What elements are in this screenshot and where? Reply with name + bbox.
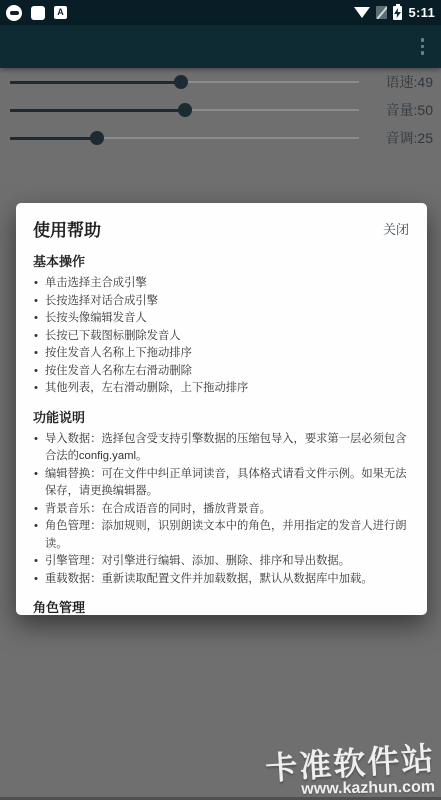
close-button[interactable]: 关闭 [381, 215, 411, 242]
status-bar-clock: 5:11 [408, 5, 435, 20]
volume-label: 音量:50 [371, 100, 433, 120]
status-bar: A 5:11 [0, 0, 441, 25]
slider-thumb[interactable] [90, 131, 104, 145]
phone-screen: A 5:11 语速:49 [0, 0, 441, 800]
dialog-header: 使用帮助 关闭 [33, 215, 411, 242]
watermark: 卡准软件站 www.kazhun.com [265, 733, 439, 798]
section-heading: 基本操作 [33, 251, 411, 270]
watermark-site-name: 卡准软件站 [264, 733, 440, 790]
slider-row-volume: 音量:50 [0, 96, 441, 124]
tts-settings-panel: 语速:49 音量:50 音调:25 [0, 68, 441, 152]
section-role-management: 角色管理 前向匹配：匹配对话前的文本。 [33, 597, 411, 615]
speech-rate-label: 语速:49 [371, 72, 433, 92]
section-heading: 角色管理 [33, 597, 411, 615]
list-item: 长按选择对话合成引擎 [33, 293, 411, 311]
slider-row-pitch: 音调:25 [0, 124, 441, 152]
basic-operations-list: 单击选择主合成引擎 长按选择对话合成引擎 长按头像编辑发音人 长按已下载图标删除… [33, 275, 411, 398]
slider-thumb[interactable] [174, 75, 188, 89]
pitch-slider[interactable] [10, 130, 359, 146]
blank-square-notification-icon [31, 6, 45, 20]
list-item: 角色管理：添加规则，识别朗读文本中的角色，并用指定的发音人进行朗读。 [33, 518, 411, 553]
speech-rate-slider[interactable] [10, 74, 359, 90]
volume-slider[interactable] [10, 102, 359, 118]
help-dialog: 使用帮助 关闭 基本操作 单击选择主合成引擎 长按选择对话合成引擎 长按头像编辑… [16, 203, 427, 615]
status-bar-notification-icons: A [6, 5, 67, 21]
feature-description-list: 导入数据：选择包含受支持引擎数据的压缩包导入，要求第一层必须包含合法的confi… [33, 431, 411, 589]
slider-fill [10, 109, 185, 112]
status-bar-system-icons: 5:11 [354, 5, 435, 20]
slider-fill [10, 137, 97, 140]
game-notification-icon [6, 5, 22, 21]
section-heading: 功能说明 [33, 407, 411, 426]
slider-fill [10, 81, 181, 84]
sim-disabled-icon [376, 6, 387, 19]
pitch-label: 音调:25 [371, 128, 433, 148]
list-item: 编辑替换：可在文件中纠正单词读音，具体格式请看文件示例。如果无法保存，请更换编辑… [33, 466, 411, 501]
battery-charging-icon [393, 6, 402, 20]
list-item: 按住发音人名称左右滑动删除 [33, 363, 411, 381]
overflow-menu-icon[interactable] [417, 34, 429, 59]
list-item: 长按头像编辑发音人 [33, 310, 411, 328]
slider-row-speech-rate: 语速:49 [0, 68, 441, 96]
dialog-title: 使用帮助 [33, 216, 101, 241]
app-bar [0, 25, 441, 68]
list-item: 导入数据：选择包含受支持引擎数据的压缩包导入，要求第一层必须包含合法的confi… [33, 431, 411, 466]
list-item: 单击选择主合成引擎 [33, 275, 411, 293]
section-basic-operations: 基本操作 单击选择主合成引擎 长按选择对话合成引擎 长按头像编辑发音人 长按已下… [33, 251, 411, 398]
wifi-icon [354, 7, 370, 18]
list-item: 引擎管理：对引擎进行编辑、添加、删除、排序和导出数据。 [33, 553, 411, 571]
list-item: 背景音乐：在合成语音的同时，播放背景音。 [33, 501, 411, 519]
section-feature-description: 功能说明 导入数据：选择包含受支持引擎数据的压缩包导入，要求第一层必须包含合法的… [33, 407, 411, 589]
list-item: 长按已下载图标删除发音人 [33, 328, 411, 346]
list-item: 按住发音人名称上下拖动排序 [33, 345, 411, 363]
list-item: 重载数据：重新读取配置文件并加载数据，默认从数据库中加载。 [33, 571, 411, 589]
list-item: 其他列表，左右滑动删除，上下拖动排序 [33, 380, 411, 398]
letter-a-notification-icon: A [54, 6, 67, 19]
slider-thumb[interactable] [178, 103, 192, 117]
